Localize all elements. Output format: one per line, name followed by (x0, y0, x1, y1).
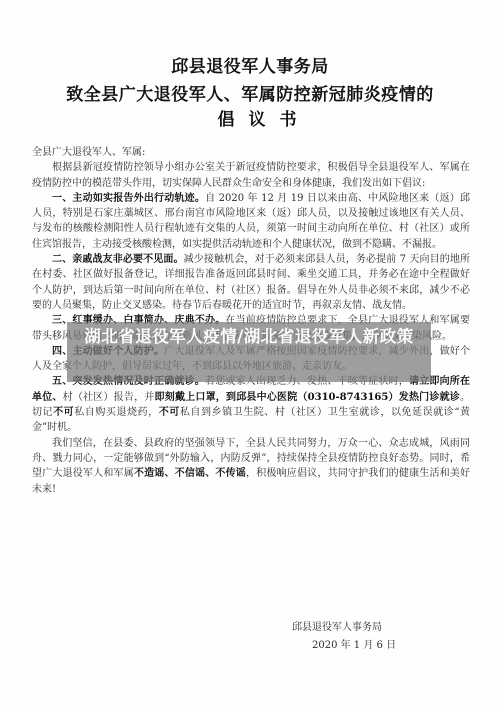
signature-date: 2020 年 1 月 6 日 (312, 636, 396, 651)
item-heading: 一、主动如实报告外出行动轨迹。 (52, 193, 205, 204)
item-5: 五、突发发热情况及时正确就诊。若您或家人出现乏力、发热、干咳等症状时，请立即向所… (32, 374, 470, 435)
issuer-title: 邱县退役军人事务局 (0, 52, 500, 77)
signature-org: 邱县退役军人事务局 (292, 618, 382, 633)
item-text: 私自购买退烧药， (74, 407, 158, 418)
item-emphasis: 不可 (53, 407, 74, 418)
item-1: 一、主动如实报告外出行动轨迹。自 2020 年 12 月 19 日以来由高、中风… (32, 191, 470, 252)
document-subtitle: 致全县广大退役军人、军属防控新冠肺炎疫情的 (0, 80, 500, 105)
item-emphasis: 不可 (159, 407, 180, 418)
document-page: 邱县退役军人事务局 致全县广大退役军人、军属防控新冠肺炎疫情的 倡议书 全县广大… (0, 0, 500, 707)
salutation: 全县广大退役军人、军属: (32, 145, 470, 160)
document-title: 倡议书 (0, 105, 500, 130)
item-emphasis: 即刻戴上口罩，到邱县中心医院（0310-8743165）发热门诊就诊 (155, 392, 460, 403)
item-heading: 二、亲戚战友非必要不见面。 (52, 254, 184, 265)
item-text: 村（社区）报告，并 (63, 392, 155, 403)
item-2: 二、亲戚战友非必要不见面。减少接触机会，对于必须来邱县人员，务必提前 7 天向目… (32, 252, 470, 313)
closing-paragraph: 我们坚信，在县委、县政府的坚强领导下，全县人民共同努力，万众一心、众志成城，风雨… (32, 436, 470, 497)
closing-emphasis: 不造谣、不信谣、不传谣 (134, 468, 246, 479)
intro-paragraph: 根据县新冠疫情防控领导小组办公室关于新冠疫情防控要求，积极倡导全县退役军人、军属… (32, 160, 470, 191)
document-body: 全县广大退役军人、军属: 根据县新冠疫情防控领导小组办公室关于新冠疫情防控要求，… (32, 145, 470, 497)
caption-text: 湖北省退役军人疫情/湖北省退役军人新政策 (67, 324, 431, 349)
caption-overlay: 湖北省退役军人疫情/湖北省退役军人新政策 (67, 322, 431, 382)
